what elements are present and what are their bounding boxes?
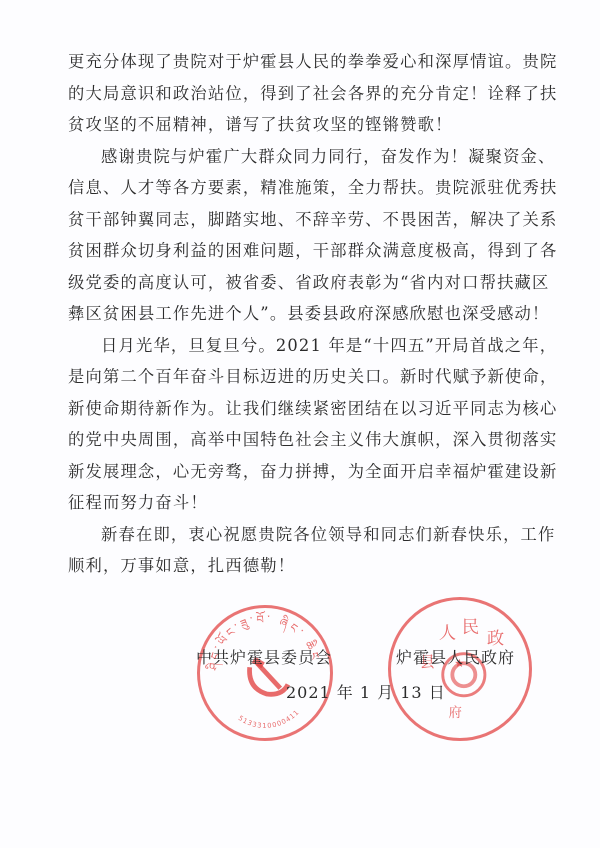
letter-line: 的党中央周围，高举中国特色社会主义伟大旗帜，深入贯彻落实 [68,424,548,456]
letter-line: 贫干部钟翼同志，脚踏实地、不辞辛劳、不畏困苦，解决了关系 [68,204,548,236]
letter-line: 彝区贫困县工作先进个人”。县委县政府深感欣慰也深受感动！ [68,298,548,330]
letter-line: 贫攻坚的不屈精神，谱写了扶贫攻坚的铿锵赞歌！ [68,109,548,141]
letter-line: 是向第二个百年奋斗目标迈进的历史关口。新时代赋予新使命， [68,361,548,393]
party-committee-seal: ཤིང་ཡོང་ཟུ་བོ་ ཞིང་ ཆིང 5133310000411 [197,605,333,741]
letter-line: 顺利，万事如意，扎西德勒！ [68,550,548,582]
signature-date: 2021 年 1 月 13 日 [286,680,446,703]
letter-line: 新使命期待新作为。让我们继续紧密团结在以习近平同志为核心 [68,393,548,425]
signature-government: 炉霍县人民政府 [396,645,515,668]
national-emblem-icon: 人 民 政 县 府 ★ [391,600,529,738]
letter-page: 更充分体现了贵院对于炉霍县人民的拳拳爱心和深厚情谊。贵院的大局意识和政治站位，得… [0,0,600,848]
svg-text:民: 民 [462,618,479,638]
letter-line: 贫困群众切身利益的困难问题，干部群众满意度极高，得到了各 [68,235,548,267]
letter-line: 的大局意识和政治站位，得到了社会各界的充分肯定！诠释了扶 [68,78,548,110]
letter-line: 感谢贵院与炉霍广大群众同力同行，奋发作为！凝聚资金、 [68,141,548,173]
svg-text:府: 府 [449,705,462,721]
letter-line: 新发展理念，心无旁骛，奋力拼搏，为全面开启幸福炉霍建设新 [68,456,548,488]
letter-line: 日月光华，旦复旦兮。2021 年是“十四五”开局首战之年， [68,330,548,362]
hammer-sickle-icon: ཤིང་ཡོང་ཟུ་བོ་ ཞིང་ ཆིང 5133310000411 [200,608,330,738]
svg-text:人: 人 [439,623,456,643]
letter-body: 更充分体现了贵院对于炉霍县人民的拳拳爱心和深厚情谊。贵院的大局意识和政治站位，得… [68,46,548,582]
letter-line: 信息、人才等各方要素，精准施策，全力帮扶。贵院派驻优秀扶 [68,172,548,204]
letter-line: 更充分体现了贵院对于炉霍县人民的拳拳爱心和深厚情谊。贵院 [68,46,548,78]
signature-party-committee: 中共炉霍县委员会 [196,645,332,668]
letter-line: 征程而努力奋斗！ [68,487,548,519]
letter-line: 新春在即，衷心祝愿贵院各位领导和同志们新春快乐，工作 [68,519,548,551]
letter-line: 级党委的高度认可，被省委、省政府表彰为“省内对口帮扶藏区 [68,267,548,299]
svg-text:5133310000411: 5133310000411 [237,708,301,730]
government-seal: 人 民 政 县 府 ★ [388,597,532,741]
